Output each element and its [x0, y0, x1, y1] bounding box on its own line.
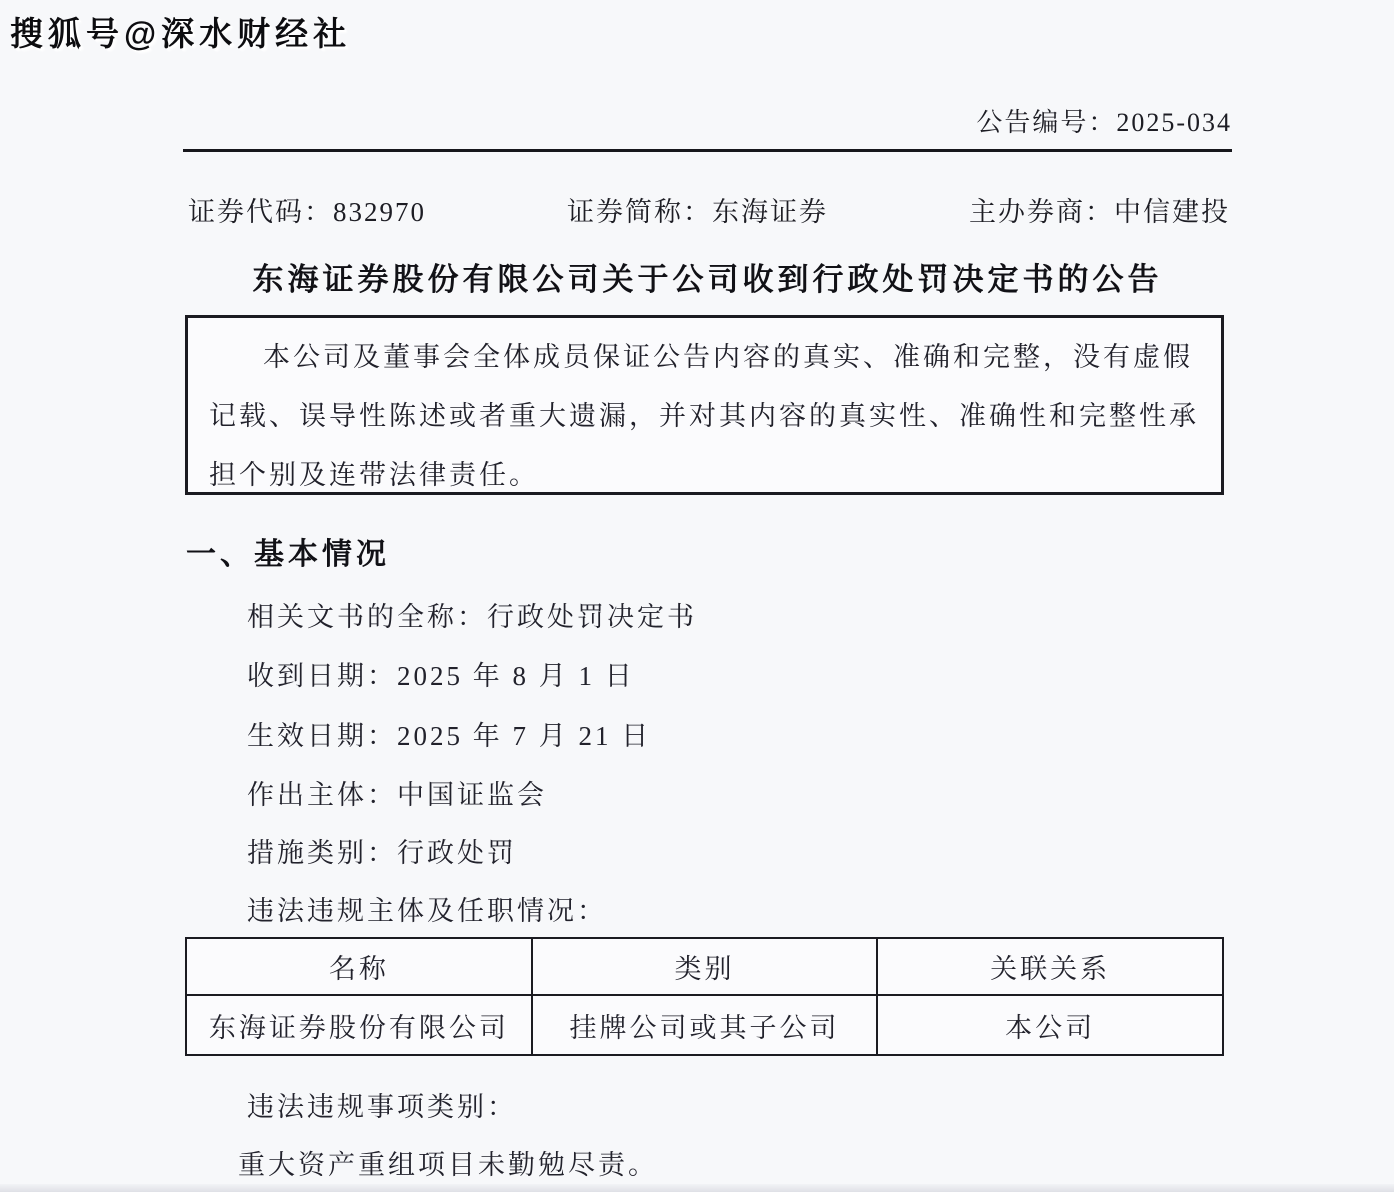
announcement-number: 公告编号：2025-034 — [183, 102, 1232, 139]
table-cell-relationship: 本公司 — [877, 995, 1223, 1055]
disclaimer-text: 本公司及董事会全体成员保证公告内容的真实、准确和完整，没有虚假记载、误导性陈述或… — [209, 342, 1199, 490]
field-issuing-authority-label: 作出主体： — [247, 780, 397, 810]
field-effective-date: 生效日期：2025 年 7 月 21 日 — [247, 718, 651, 754]
securities-code-value: 832970 — [333, 197, 426, 227]
field-issuing-authority: 作出主体：中国证监会 — [247, 777, 547, 813]
field-document-full-name: 相关文书的全称：行政处罚决定书 — [247, 599, 697, 635]
announcement-page: 搜狐号@深水财经社 公告编号：2025-034 证券代码：832970 证券简称… — [0, 0, 1394, 1192]
announcement-number-value: 2025-034 — [1116, 108, 1232, 137]
field-issuing-authority-value: 中国证监会 — [397, 780, 547, 810]
field-document-full-name-value: 行政处罚决定书 — [487, 602, 697, 632]
announcement-number-label: 公告编号： — [976, 108, 1116, 137]
field-document-full-name-label: 相关文书的全称： — [247, 602, 487, 632]
field-receive-date-value: 2025 年 8 月 1 日 — [397, 661, 635, 691]
table-cell-name: 东海证券股份有限公司 — [186, 995, 532, 1055]
securities-code-field: 证券代码：832970 — [188, 190, 426, 229]
table-header-relationship: 关联关系 — [877, 938, 1223, 995]
securities-short-name-value: 东海证券 — [712, 197, 828, 227]
table-header-category: 类别 — [532, 938, 878, 995]
securities-short-name-label: 证券简称： — [567, 197, 712, 227]
field-receive-date-label: 收到日期： — [247, 661, 397, 691]
violation-category-label: 违法违规事项类别： — [247, 1085, 517, 1124]
field-effective-date-label: 生效日期： — [247, 721, 397, 751]
table-row: 东海证券股份有限公司 挂牌公司或其子公司 本公司 — [186, 995, 1223, 1055]
table-header-row: 名称 类别 关联关系 — [186, 938, 1223, 995]
sponsor-broker-field: 主办券商：中信建投 — [969, 190, 1230, 229]
securities-short-name-field: 证券简称：东海证券 — [567, 190, 828, 229]
section-heading-basic-info: 一、基本情况 — [186, 529, 390, 573]
field-measure-type: 措施类别：行政处罚 — [247, 835, 517, 871]
field-receive-date: 收到日期：2025 年 8 月 1 日 — [247, 658, 635, 694]
disclaimer-box: 本公司及董事会全体成员保证公告内容的真实、准确和完整，没有虚假记载、误导性陈述或… — [185, 315, 1224, 495]
sponsor-broker-value: 中信建投 — [1114, 197, 1230, 227]
bottom-divider — [0, 1184, 1394, 1192]
subjects-table: 名称 类别 关联关系 东海证券股份有限公司 挂牌公司或其子公司 本公司 — [185, 937, 1224, 1056]
document-title: 东海证券股份有限公司关于公司收到行政处罚决定书的公告 — [183, 254, 1232, 299]
top-rule-divider — [183, 149, 1232, 152]
violation-category-value: 重大资产重组项目未勤勉尽责。 — [238, 1143, 658, 1182]
sohu-watermark: 搜狐号@深水财经社 — [10, 8, 351, 55]
sponsor-broker-label: 主办券商： — [969, 197, 1114, 227]
field-measure-type-label: 措施类别： — [247, 838, 397, 868]
field-effective-date-value: 2025 年 7 月 21 日 — [397, 721, 651, 751]
table-header-name: 名称 — [186, 938, 532, 995]
field-violation-subjects-label-text: 违法违规主体及任职情况： — [247, 896, 607, 926]
table-cell-category: 挂牌公司或其子公司 — [532, 995, 878, 1055]
field-measure-type-value: 行政处罚 — [397, 838, 517, 868]
field-violation-subjects-label: 违法违规主体及任职情况： — [247, 893, 607, 929]
securities-header-row: 证券代码：832970 证券简称：东海证券 主办券商：中信建投 — [188, 190, 1230, 229]
securities-code-label: 证券代码： — [188, 197, 333, 227]
